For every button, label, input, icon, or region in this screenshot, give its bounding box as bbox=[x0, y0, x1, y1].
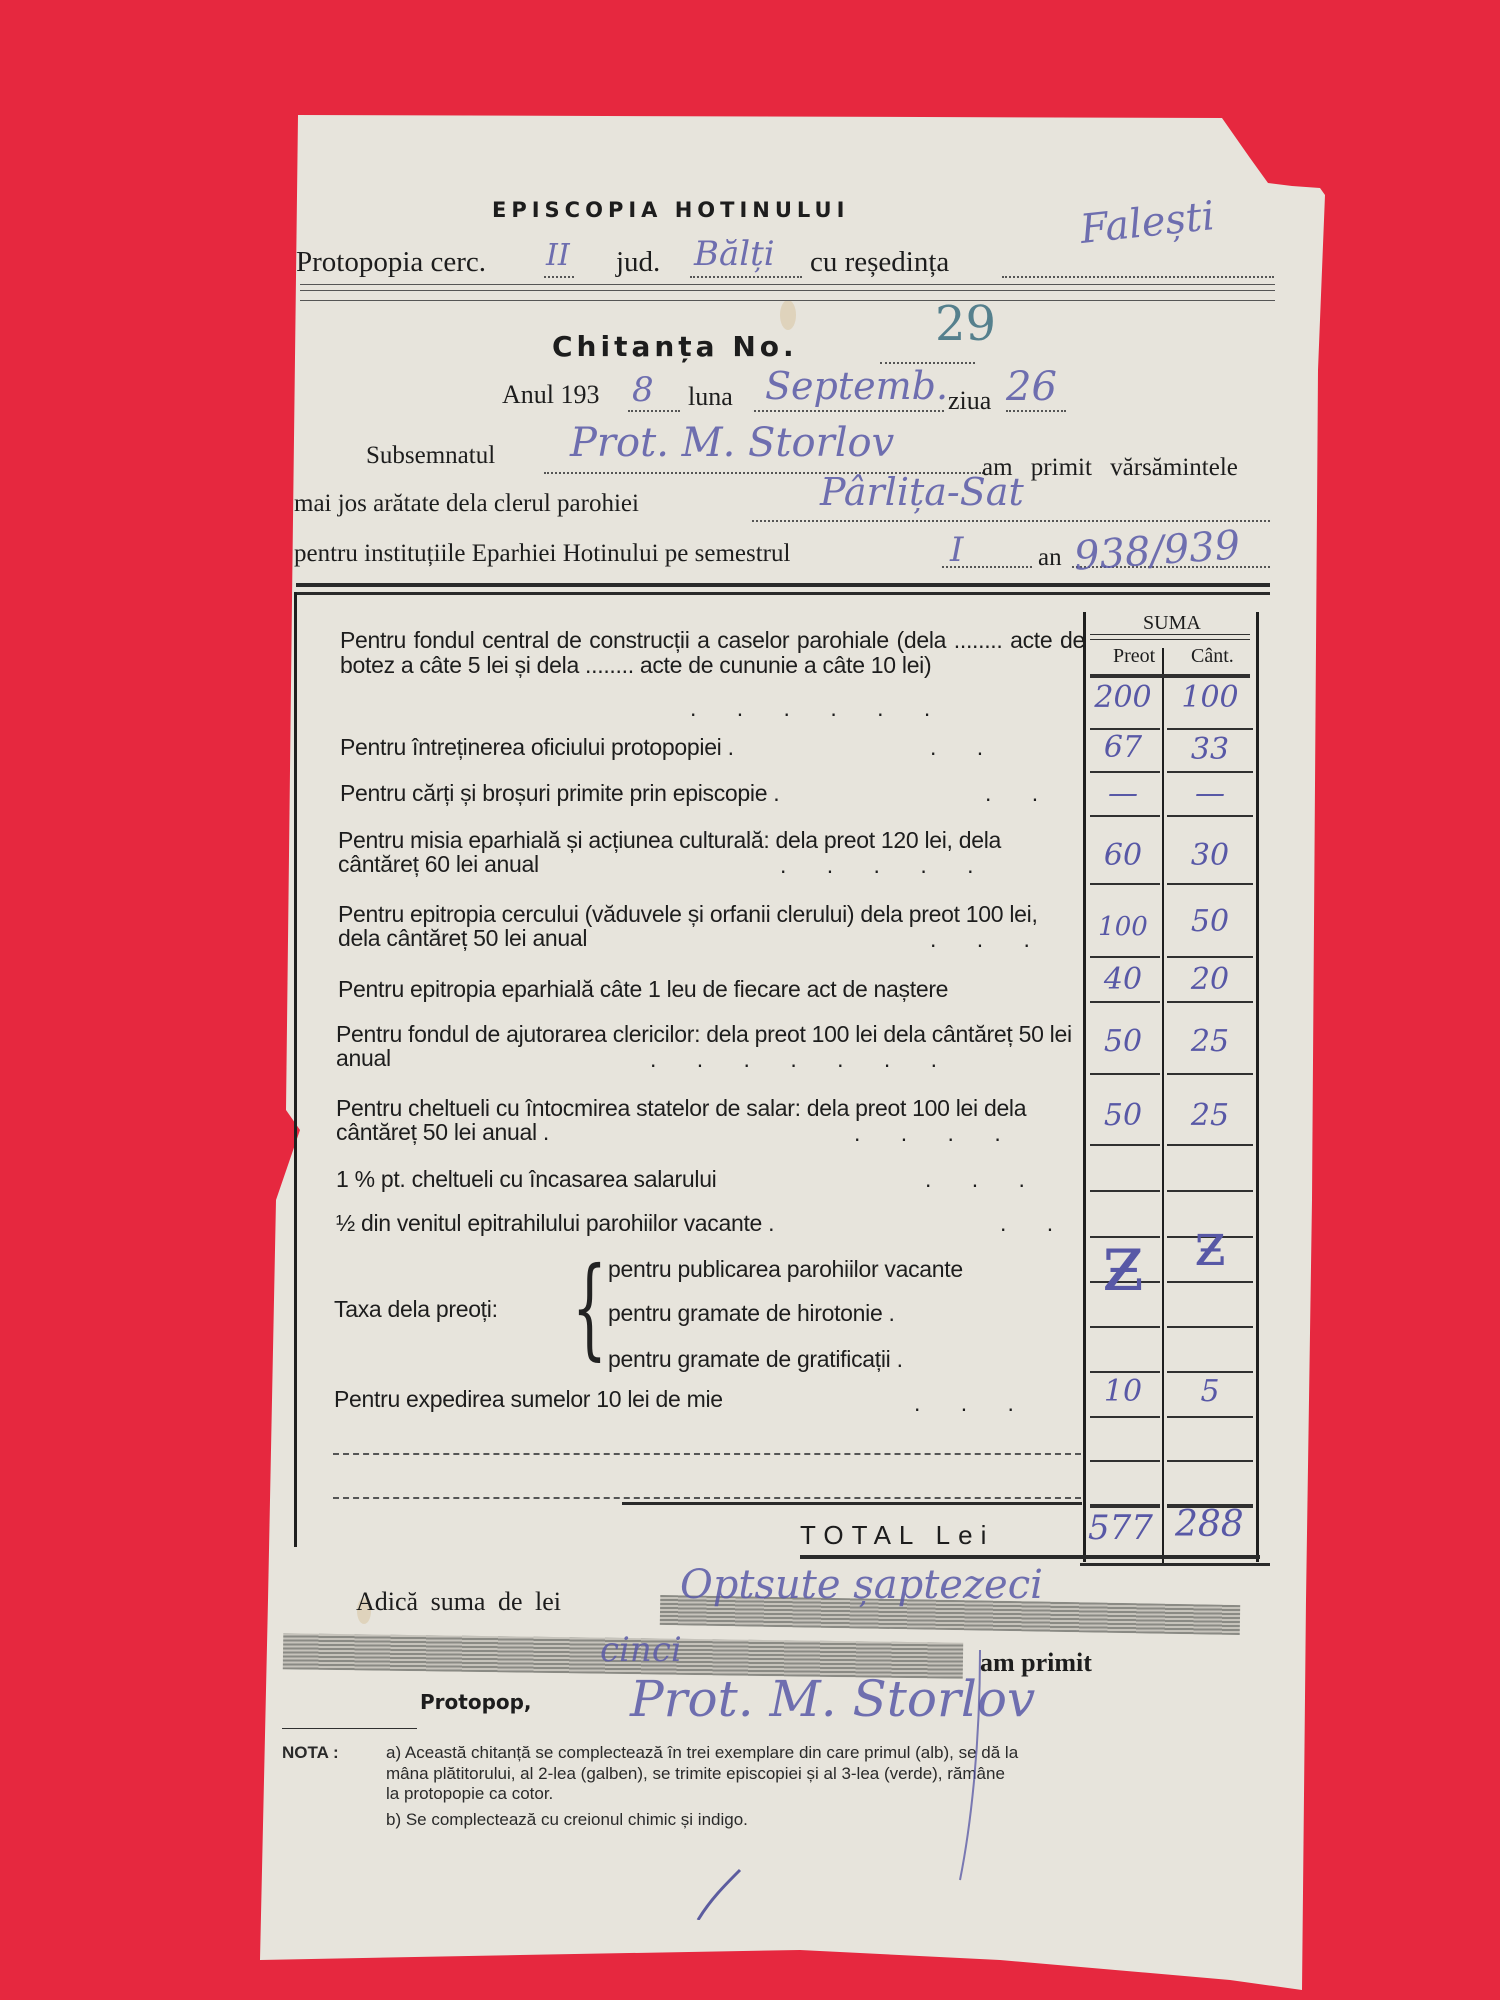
total-label: TOTAL Lei bbox=[800, 1520, 994, 1551]
column-header-rule bbox=[1090, 674, 1250, 678]
an-label: an bbox=[1038, 544, 1062, 572]
col-cant-header: Cânt. bbox=[1191, 645, 1234, 668]
suma-header-rule bbox=[1090, 639, 1250, 640]
total-cant: 288 bbox=[1175, 1504, 1235, 1545]
anul-field-line bbox=[628, 410, 680, 412]
row-separator bbox=[1090, 883, 1160, 885]
protopopia-label: Protopopia cerc. bbox=[296, 246, 486, 279]
header-double-rule bbox=[300, 300, 1275, 301]
row-separator bbox=[1090, 1326, 1160, 1328]
cell-cant: 5 bbox=[1180, 1374, 1240, 1409]
leader-dots: . . bbox=[1000, 1210, 1053, 1237]
row-separator bbox=[1167, 1281, 1253, 1283]
suma-header-rule bbox=[1090, 634, 1250, 635]
cell-preot: — bbox=[1093, 776, 1153, 811]
cell-cant: — bbox=[1180, 776, 1240, 811]
row-text: 1 % pt. cheltueli cu încasarea salarului bbox=[336, 1166, 717, 1193]
cell-preot: 50 bbox=[1093, 1098, 1153, 1133]
row-separator bbox=[1167, 728, 1253, 730]
taxa-mark-cant: ƶ bbox=[1180, 1210, 1240, 1280]
resedinta-field-line bbox=[1002, 276, 1274, 278]
parohiei-value: Pârlița-Sat bbox=[820, 470, 1024, 514]
row-separator bbox=[1090, 1144, 1160, 1146]
jud-label: jud. bbox=[616, 246, 660, 279]
row-separator bbox=[1167, 956, 1253, 958]
leader-dots: . . . bbox=[925, 1166, 1025, 1193]
cell-cant: 100 bbox=[1180, 680, 1240, 715]
cell-preot: 60 bbox=[1093, 838, 1153, 873]
taxa-item: pentru publicarea parohiilor vacante bbox=[608, 1256, 963, 1283]
cell-preot: 200 bbox=[1093, 680, 1153, 715]
row-separator bbox=[1167, 1416, 1253, 1418]
cell-preot: 10 bbox=[1093, 1374, 1153, 1409]
jud-field-line bbox=[690, 276, 802, 278]
row-text: Pentru fondul central de construcții a c… bbox=[340, 628, 1085, 678]
row-separator bbox=[1167, 1001, 1253, 1003]
suma-header: SUMA bbox=[1143, 612, 1201, 635]
ziua-label: ziua bbox=[948, 386, 991, 416]
leader-dots: . . bbox=[985, 780, 1038, 807]
row-text: Pentru epitropia eparhială câte 1 leu de… bbox=[338, 976, 948, 1003]
cell-preot: 40 bbox=[1093, 962, 1153, 997]
row-separator bbox=[1167, 1073, 1253, 1075]
cell-cant: 25 bbox=[1180, 1098, 1240, 1133]
receipt-number: 29 bbox=[935, 296, 996, 352]
row-separator bbox=[1167, 1144, 1253, 1146]
taxa-item: pentru gramate de gratificații . bbox=[608, 1346, 903, 1373]
luna-field-line bbox=[754, 410, 944, 412]
parohiei-field-line bbox=[752, 520, 1270, 522]
row-text: Pentru întreținerea oficiului protopopie… bbox=[340, 734, 734, 761]
jud-value: Bălți bbox=[694, 234, 775, 274]
table-left-border bbox=[294, 592, 297, 1547]
taxa-brace: { bbox=[572, 1252, 607, 1362]
suma-middle-border bbox=[1162, 648, 1164, 1563]
leader-dots: . . . . bbox=[854, 1120, 1001, 1147]
suma-left-border bbox=[1083, 612, 1086, 1562]
row-separator bbox=[1167, 1190, 1253, 1192]
row-separator bbox=[1090, 956, 1160, 958]
row-separator bbox=[1167, 1460, 1253, 1462]
receipt-title: Chitanța No. bbox=[552, 330, 798, 363]
table-top-rule bbox=[296, 583, 1270, 587]
pen-stroke bbox=[680, 1630, 1060, 1920]
header-double-rule bbox=[300, 284, 1275, 285]
ziua-value: 26 bbox=[1006, 364, 1057, 410]
expediere-text: Pentru expedirea sumelor 10 lei de mie bbox=[334, 1386, 723, 1413]
row-separator bbox=[1090, 1416, 1160, 1418]
row-separator bbox=[1090, 1073, 1160, 1075]
ziua-field-line bbox=[1006, 410, 1066, 412]
row-separator bbox=[1167, 883, 1253, 885]
luna-label: luna bbox=[688, 382, 733, 412]
row-separator bbox=[1090, 771, 1160, 773]
cell-cant: 50 bbox=[1180, 904, 1240, 939]
luna-value: Septemb. bbox=[765, 364, 948, 408]
leader-dots: . . bbox=[930, 734, 983, 761]
nota-label: NOTA : bbox=[282, 1743, 339, 1763]
row-separator bbox=[1167, 1371, 1253, 1373]
subsemnatul-value: Prot. M. Storlov bbox=[570, 420, 894, 466]
row-separator bbox=[1090, 1190, 1160, 1192]
paper-stain bbox=[780, 300, 796, 330]
adica-label: Adică suma de lei bbox=[356, 1587, 561, 1617]
row-separator bbox=[1090, 1371, 1160, 1373]
taxa-mark-preot: ƶ bbox=[1093, 1218, 1153, 1308]
resedinta-label: cu reședința bbox=[810, 246, 949, 279]
total-lower-rule bbox=[1080, 1563, 1270, 1566]
cell-preot: 50 bbox=[1093, 1024, 1153, 1059]
institution-title: EPISCOPIA HOTINULUI bbox=[492, 198, 849, 222]
subsemnatul-label: Subsemnatul bbox=[366, 442, 495, 470]
row-separator bbox=[1167, 1326, 1253, 1328]
total-lower-rule bbox=[800, 1555, 1260, 1559]
cell-cant: 25 bbox=[1180, 1024, 1240, 1059]
total-preot: 577 bbox=[1088, 1508, 1148, 1548]
protopop-label: Protopop, bbox=[420, 1690, 532, 1714]
row-text: ½ din venitul epitrahilului parohiilor v… bbox=[336, 1210, 774, 1237]
cerc-value: II bbox=[546, 238, 570, 273]
cell-preot: 67 bbox=[1093, 730, 1153, 765]
cell-cant: 20 bbox=[1180, 962, 1240, 997]
header-double-rule bbox=[300, 290, 1275, 291]
row-separator bbox=[1090, 815, 1160, 817]
suma-right-border bbox=[1256, 612, 1259, 1562]
taxa-label: Taxa dela preoți: bbox=[334, 1296, 498, 1323]
total-upper-rule bbox=[622, 1502, 1082, 1505]
col-preot-header: Preot bbox=[1113, 645, 1155, 668]
table-top-rule bbox=[296, 592, 1270, 595]
amount-in-words-2: cinci bbox=[600, 1630, 682, 1670]
leader-dots: . . . . . . . bbox=[650, 1046, 937, 1073]
semestrul-value: I bbox=[950, 530, 963, 570]
cell-cant: 33 bbox=[1180, 732, 1240, 767]
cerc-field-line bbox=[544, 276, 574, 278]
row-separator bbox=[1167, 815, 1253, 817]
leader-dots: . . . bbox=[930, 926, 1030, 953]
row-separator bbox=[1167, 771, 1253, 773]
signature-rule bbox=[282, 1728, 417, 1729]
cell-preot: 100 bbox=[1093, 912, 1153, 942]
anul-value: 8 bbox=[632, 370, 654, 410]
semestrul-label: pentru instituțiile Eparhiei Hotinului p… bbox=[294, 540, 790, 568]
taxa-item: pentru gramate de hirotonie . bbox=[608, 1300, 895, 1327]
leader-dots: . . . . . . bbox=[690, 695, 930, 722]
row-text: Pentru cărți și broșuri primite prin epi… bbox=[340, 780, 779, 807]
leader-dots: . . . bbox=[914, 1390, 1014, 1417]
nota-a-line3: la protopopie ca cotor. bbox=[386, 1784, 553, 1804]
parohiei-label: mai jos arătate dela clerul parohiei bbox=[294, 490, 639, 518]
leader-dots: . . . . . bbox=[780, 852, 974, 879]
cell-cant: 30 bbox=[1180, 838, 1240, 873]
blank-line bbox=[333, 1453, 1081, 1455]
amount-in-words-1: Optsute șaptezeci bbox=[680, 1562, 1043, 1608]
blank-line bbox=[333, 1497, 1081, 1499]
row-separator bbox=[1090, 1460, 1160, 1462]
row-separator bbox=[1090, 1001, 1160, 1003]
anul-label: Anul 193 bbox=[502, 380, 600, 410]
